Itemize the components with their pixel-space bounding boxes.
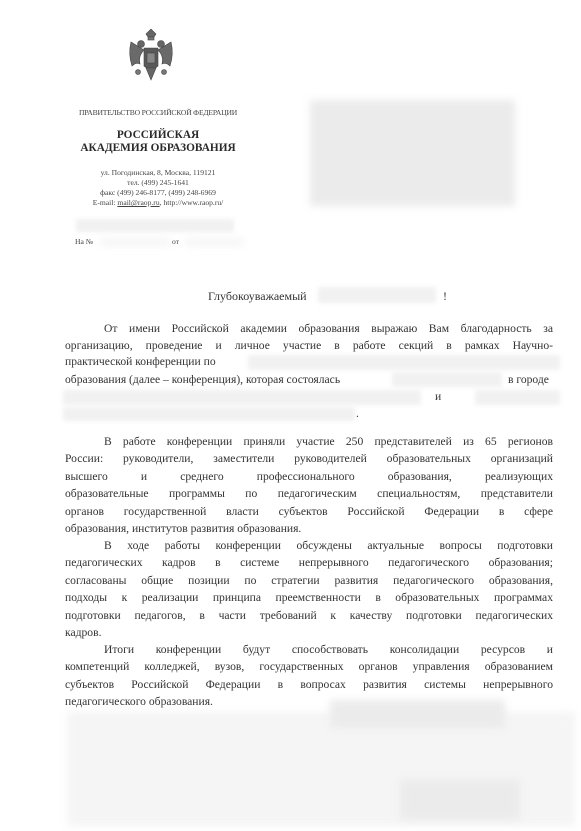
government-header: ПРАВИТЕЛЬСТВО РОССИЙСКОЙ ФЕДЕРАЦИИ: [58, 108, 258, 117]
paragraph-1-line-3: практической конференции по: [65, 355, 216, 368]
email-label: E-mail:: [93, 198, 118, 207]
paragraph-2-line-3: высшего и среднего профессионального обр…: [65, 468, 553, 485]
paragraph-1-line-4a: образования (далее – конференция), котор…: [65, 373, 340, 386]
website-link[interactable]: http://www.raop.ru/: [163, 198, 223, 207]
paragraph-1-line-2: организацию, проведение и личное участие…: [65, 337, 553, 354]
paragraph-2-line-2: России: руководители, заместители руково…: [65, 450, 553, 467]
russian-coat-of-arms-icon: [126, 28, 176, 90]
org-name-line-2: АКАДЕМИЯ ОБРАЗОВАНИЯ: [58, 142, 258, 155]
paragraph-2-line-6: образования, институтов развития образов…: [65, 520, 553, 537]
redacted-outgoing-number: [76, 219, 234, 232]
paragraph-4-line-1: Итоги конференции будут способствовать к…: [104, 641, 553, 658]
paragraph-4-line-3: субъектов Российской Федерации в вопроса…: [65, 676, 553, 693]
paragraph-4-line-2: компетенций колледжей, вузов, государств…: [65, 658, 553, 675]
paragraph-1-period: .: [356, 407, 359, 420]
paragraph-1-line-4b: в городе: [508, 373, 549, 386]
redacted-signature: [400, 780, 520, 820]
redacted-addressee-name: [318, 287, 436, 303]
fax: факс (499) 246-8177, (499) 248-6969: [58, 188, 258, 198]
redacted-stamp: [330, 700, 505, 728]
paragraph-2-line-4: образовательные программы по педагогичес…: [65, 485, 553, 502]
phone: тел. (499) 245-1641: [58, 178, 258, 188]
redacted-conference-date: [392, 372, 502, 387]
contact-block: ул. Погодинская, 8, Москва, 119121 тел. …: [58, 168, 258, 208]
redacted-addressee-block: [310, 100, 515, 206]
email-web-line: E-mail: mail@raop.ru, http://www.raop.ru…: [58, 198, 258, 208]
redacted-venue-2: [63, 407, 355, 421]
salutation: Глубокоуважаемый: [208, 289, 307, 304]
paragraph-3-line-1: В ходе работы конференции обсуждены акту…: [104, 537, 553, 554]
paragraph-3-line-3: согласованы общие позиции по стратегии р…: [65, 572, 553, 589]
reference-date-label: от: [172, 237, 179, 246]
paragraph-3-line-4: подходы к реализации принципа преемствен…: [65, 589, 553, 606]
email-link[interactable]: mail@raop.ru: [117, 198, 159, 207]
redacted-venue: [475, 390, 560, 405]
paragraph-3-line-5: подготовки педагогов, в части требований…: [65, 607, 553, 624]
paragraph-3-line-6: кадров.: [65, 624, 553, 641]
redacted-reference-date: [185, 238, 243, 246]
organization-name: РОССИЙСКАЯ АКАДЕМИЯ ОБРАЗОВАНИЯ: [58, 129, 258, 155]
paragraph-2-line-1: В работе конференции приняли участие 250…: [104, 433, 553, 450]
salutation-exclamation: !: [443, 289, 447, 304]
paragraph-2-line-5: органов государственной власти субъектов…: [65, 503, 553, 520]
redacted-conference-topic: [248, 355, 560, 370]
reference-number-label: На №: [75, 237, 93, 246]
paragraph-1-line-1: От имени Российской академии образования…: [104, 320, 553, 337]
street-address: ул. Погодинская, 8, Москва, 119121: [58, 168, 258, 178]
org-name-line-1: РОССИЙСКАЯ: [58, 129, 258, 142]
redacted-city: [63, 390, 421, 405]
paragraph-3-line-2: педагогических кадров в системе непрерыв…: [65, 554, 553, 571]
redacted-reference-number: [100, 238, 170, 246]
paragraph-1-line-5: и: [435, 390, 441, 403]
